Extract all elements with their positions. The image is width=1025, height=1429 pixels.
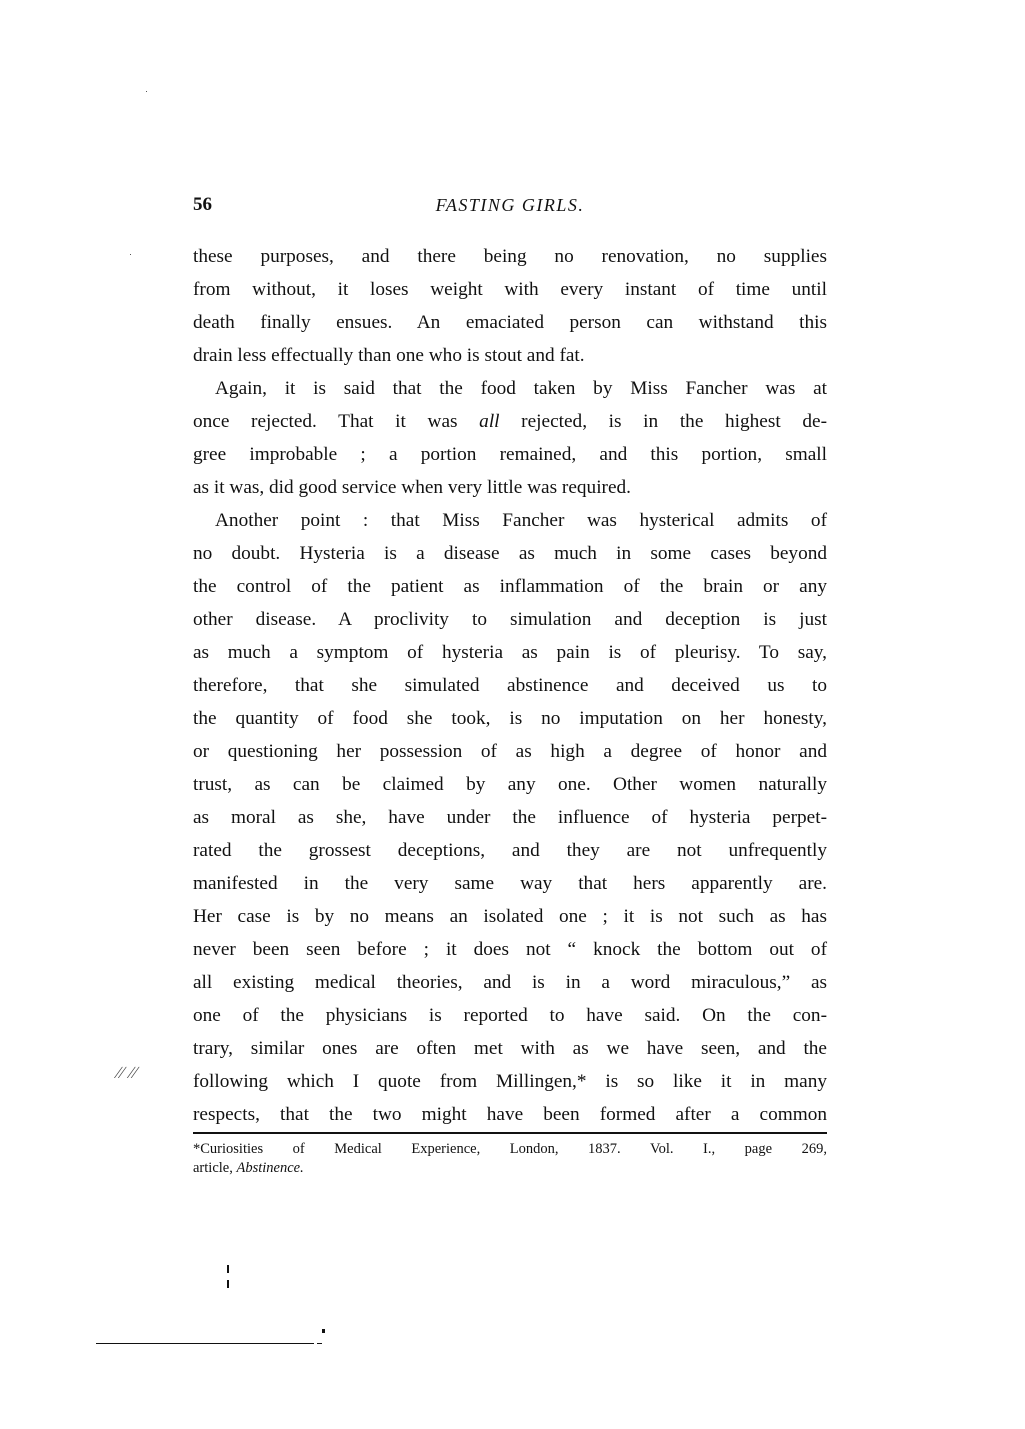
text-line: Again, it is said that the food taken by…: [193, 372, 827, 405]
text-line: therefore, that she simulated abstinence…: [193, 669, 827, 702]
running-head: 56 FASTING GIRLS.: [193, 194, 827, 220]
text-line: as moral as she, have under the influenc…: [193, 801, 827, 834]
paragraph: these purposes, and there being no renov…: [193, 240, 827, 372]
scan-mark: [227, 1280, 229, 1288]
text-line: other disease. A proclivity to simulatio…: [193, 603, 827, 636]
text-line: as it was, did good service when very li…: [193, 471, 827, 504]
text-line: respects, that the two might have been f…: [193, 1098, 827, 1131]
text-line: following which I quote from Millingen,*…: [193, 1065, 827, 1098]
scan-speck: [146, 91, 147, 92]
margin-annotation: ∕∕ ∕∕: [117, 1063, 138, 1083]
paragraph: Again, it is said that the food taken by…: [193, 372, 827, 504]
text-line: once rejected. That it was all rejected,…: [193, 405, 827, 438]
text-line: trust, as can be claimed by any one. Oth…: [193, 768, 827, 801]
footnote-line: article, Abstinence.: [193, 1159, 827, 1178]
text-line: manifested in the very same way that her…: [193, 867, 827, 900]
text-line: the control of the patient as inflammati…: [193, 570, 827, 603]
footnote: *Curiosities of Medical Experience, Lond…: [193, 1140, 827, 1178]
text-line: rated the grossest deceptions, and they …: [193, 834, 827, 867]
scan-mark: [322, 1329, 325, 1333]
text-line: trary, similar ones are often met with a…: [193, 1032, 827, 1065]
text-line: never been seen before ; it does not “ k…: [193, 933, 827, 966]
text-line: all existing medical theories, and is in…: [193, 966, 827, 999]
text-line: Her case is by no means an isolated one …: [193, 900, 827, 933]
running-title: FASTING GIRLS.: [193, 195, 827, 216]
text-line: death finally ensues. An emaciated perso…: [193, 306, 827, 339]
bottom-rule: [96, 1343, 314, 1344]
footnote-line: *Curiosities of Medical Experience, Lond…: [193, 1140, 827, 1159]
text-line: as much a symptom of hysteria as pain is…: [193, 636, 827, 669]
text-segment: once rejected. That it was: [193, 411, 479, 432]
text-line: Another point : that Miss Fancher was hy…: [193, 504, 827, 537]
text-line: one of the physicians is reported to hav…: [193, 999, 827, 1032]
scan-mark: [227, 1265, 229, 1273]
emphasis: Abstinence.: [236, 1160, 303, 1176]
text-line: the quantity of food she took, is no imp…: [193, 702, 827, 735]
text-line: drain less effectually than one who is s…: [193, 339, 827, 372]
text-line: from without, it loses weight with every…: [193, 273, 827, 306]
text-line: these purposes, and there being no renov…: [193, 240, 827, 273]
text-line: or questioning her possession of as high…: [193, 735, 827, 768]
emphasis: all: [479, 411, 499, 432]
paragraph: Another point : that Miss Fancher was hy…: [193, 504, 827, 1131]
scan-mark: [317, 1343, 322, 1344]
book-page: 56 FASTING GIRLS. these purposes, and th…: [0, 0, 1025, 1429]
scan-speck: [130, 254, 131, 255]
text-segment: rejected, is in the highest de-: [500, 411, 827, 432]
text-line: gree improbable ; a portion remained, an…: [193, 438, 827, 471]
text-line: no doubt. Hysteria is a disease as much …: [193, 537, 827, 570]
text-segment: article,: [193, 1160, 236, 1176]
footnote-rule: [193, 1132, 827, 1134]
body-text: these purposes, and there being no renov…: [193, 240, 827, 1131]
